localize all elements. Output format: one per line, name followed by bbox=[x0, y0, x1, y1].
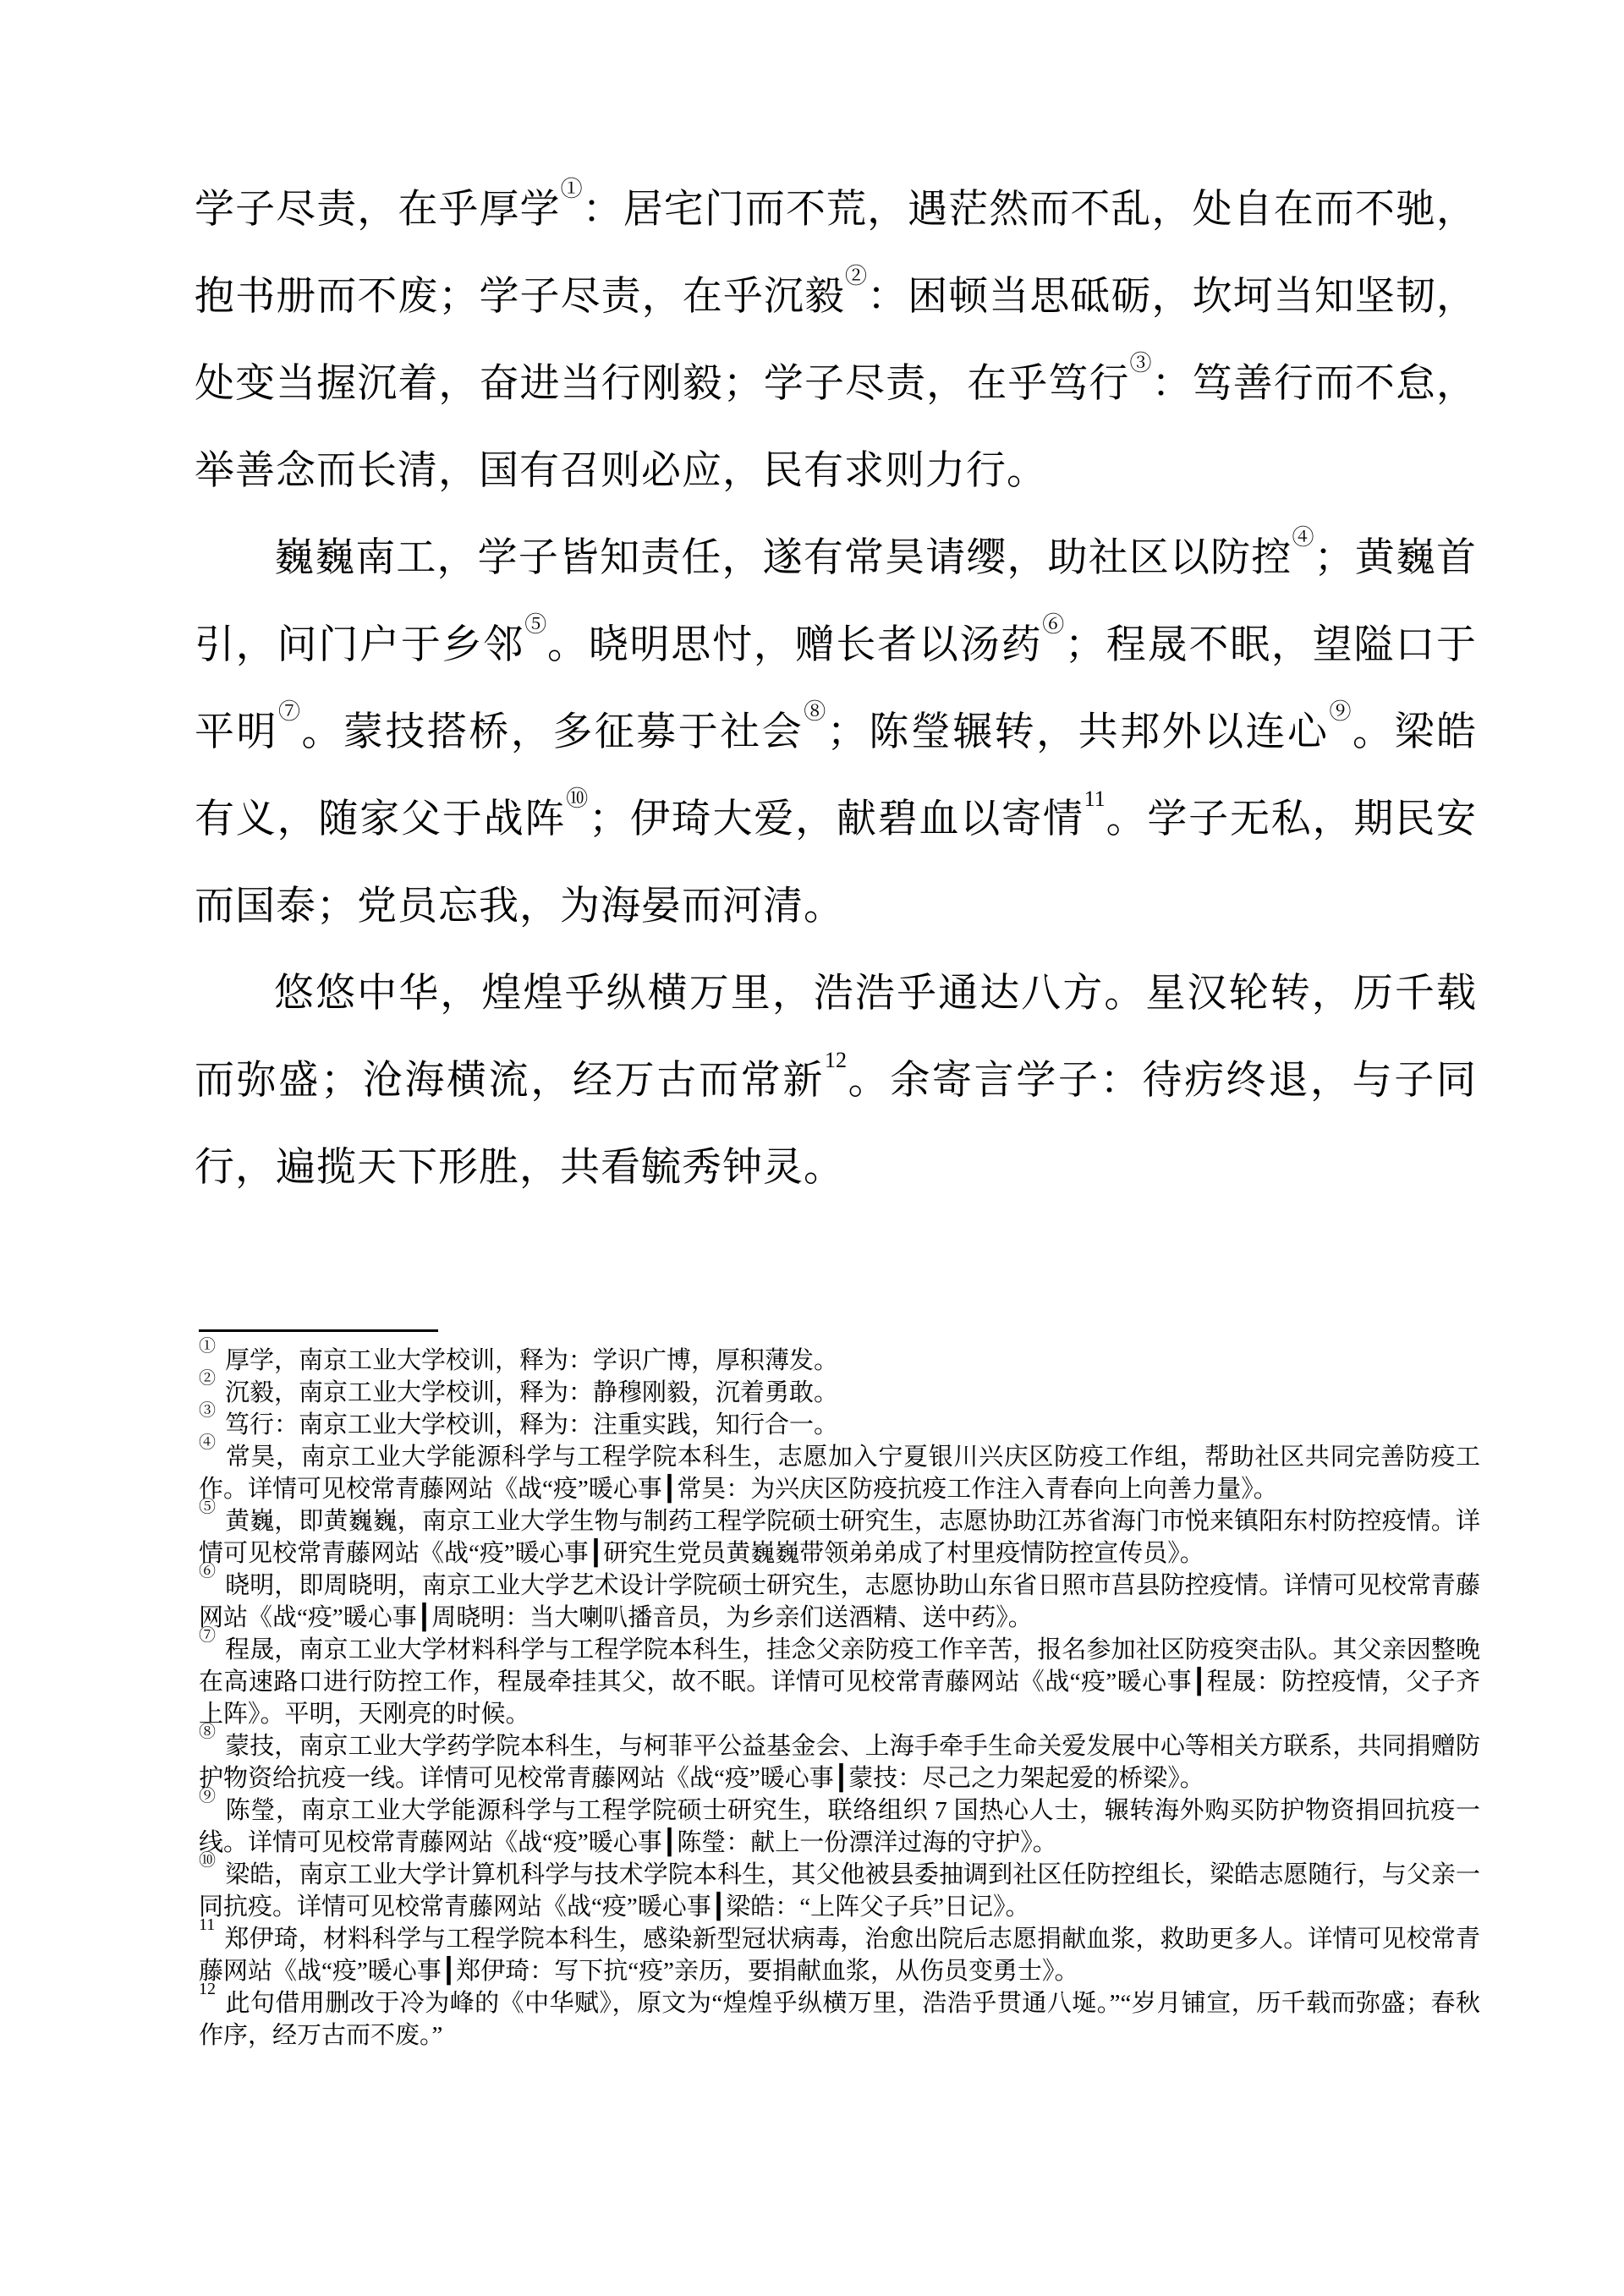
body-paragraph: 学子尽责，在乎厚学①：居宅门而不荒，遇茫然而不乱，处自在而不驰，抱书册而不废；学… bbox=[195, 167, 1477, 515]
footnote-text: 沉毅，南京工业大学校训，释为：静穆刚毅，沉着勇敢。 bbox=[225, 1379, 838, 1406]
footnote-item: ①厚学，南京工业大学校训，释为：学识广博，厚积薄发。 bbox=[199, 1345, 1480, 1377]
footnote-text: 梁皓，南京工业大学计算机科学与技术学院本科生，其父他被县委抽调到社区任防控组长，… bbox=[199, 1861, 1480, 1921]
footnote-ref: ③ bbox=[1129, 351, 1151, 375]
footnote-marker: 12 bbox=[199, 1980, 216, 1998]
footnote-item: ⑨陈瑩，南京工业大学能源科学与工程学院硕士研究生，联络组织 7 国热心人士，辗转… bbox=[199, 1795, 1480, 1859]
footnote-item: ⑩梁皓，南京工业大学计算机科学与技术学院本科生，其父他被县委抽调到社区任防控组长… bbox=[199, 1859, 1480, 1923]
footnote-ref: ⑨ bbox=[1330, 699, 1352, 724]
footnote-item: ⑥晓明，即周晓明，南京工业大学艺术设计学院硕士研究生，志愿协助山东省日照市莒县防… bbox=[199, 1570, 1480, 1634]
footnote-item: ②沉毅，南京工业大学校训，释为：静穆刚毅，沉着勇敢。 bbox=[199, 1377, 1480, 1409]
footnote-text: 陈瑩，南京工业大学能源科学与工程学院硕士研究生，联络组织 7 国热心人士，辗转海… bbox=[199, 1797, 1480, 1856]
body-text-run: 。蒙技搭桥，多征募于社会 bbox=[301, 710, 804, 754]
body-text-run: ；陈瑩辗转，共邦外以连心 bbox=[827, 710, 1330, 754]
footnote-marker: ③ bbox=[199, 1401, 216, 1420]
footnote-ref: ⑩ bbox=[566, 786, 589, 811]
footnote-ref: ② bbox=[845, 264, 867, 288]
footnote-marker: ⑩ bbox=[199, 1851, 216, 1870]
body-text-run: 学子尽责，在乎厚学 bbox=[195, 188, 561, 232]
footnote-ref: ⑤ bbox=[524, 612, 547, 637]
footnote-ref: 11 bbox=[1084, 786, 1106, 811]
footnote-text: 程晟，南京工业大学材料科学与工程学院本科生，挂念父亲防疫工作辛苦，报名参加社区防… bbox=[199, 1636, 1480, 1728]
footnote-marker: ② bbox=[199, 1369, 216, 1388]
footnote-item: ③笃行：南京工业大学校训，释为：注重实践，知行合一。 bbox=[199, 1409, 1480, 1441]
footnote-item: 12此句借用删改于冷为峰的《中华赋》，原文为“煌煌乎纵横万里，浩浩乎贯通八埏。”… bbox=[199, 1987, 1480, 2052]
footnote-ref: ⑦ bbox=[278, 699, 301, 724]
footnote-text: 此句借用删改于冷为峰的《中华赋》，原文为“煌煌乎纵横万里，浩浩乎贯通八埏。”“岁… bbox=[199, 1990, 1480, 2049]
footnote-ref: ① bbox=[561, 177, 583, 201]
footnote-separator bbox=[199, 1329, 438, 1332]
footnote-marker: ⑥ bbox=[199, 1562, 216, 1581]
footnote-marker: ④ bbox=[199, 1433, 217, 1452]
footnote-ref: ④ bbox=[1292, 525, 1314, 550]
footnote-text: 郑伊琦，材料科学与工程学院本科生，感染新型冠状病毒，治愈出院后志愿捐献血浆，救助… bbox=[199, 1926, 1480, 1985]
footnote-text: 黄巍，即黄巍巍，南京工业大学生物与制药工程学院硕士研究生，志愿协助江苏省海门市悦… bbox=[199, 1508, 1480, 1567]
footnote-marker: ⑨ bbox=[199, 1787, 217, 1806]
footnote-marker: 11 bbox=[199, 1915, 215, 1934]
footnote-ref: 12 bbox=[825, 1048, 847, 1072]
footnote-ref: ⑧ bbox=[804, 699, 826, 724]
footnote-text: 笃行：南京工业大学校训，释为：注重实践，知行合一。 bbox=[225, 1411, 838, 1438]
footnote-text: 厚学，南京工业大学校训，释为：学识广博，厚积薄发。 bbox=[225, 1347, 838, 1374]
body-text-run: 。晓明思忖，赠长者以汤药 bbox=[547, 623, 1042, 667]
footnote-text: 蒙技，南京工业大学药学院本科生，与柯菲平公益基金会、上海手牵手生命关爱发展中心等… bbox=[199, 1733, 1480, 1792]
footnote-text: 常昊，南京工业大学能源科学与工程学院本科生，志愿加入宁夏银川兴庆区防疫工作组，帮… bbox=[199, 1444, 1480, 1503]
footnote-marker: ⑦ bbox=[199, 1626, 216, 1645]
footnote-text: 晓明，即周晓明，南京工业大学艺术设计学院硕士研究生，志愿协助山东省日照市莒县防控… bbox=[199, 1572, 1480, 1631]
footnote-item: ⑦程晟，南京工业大学材料科学与工程学院本科生，挂念父亲防疫工作辛苦，报名参加社区… bbox=[199, 1634, 1480, 1730]
footnotes: ①厚学，南京工业大学校训，释为：学识广博，厚积薄发。②沉毅，南京工业大学校训，释… bbox=[199, 1345, 1480, 2052]
body-text-run: 巍巍南工，学子皆知责任，遂有常昊请缨，助社区以防控 bbox=[274, 536, 1292, 580]
footnote-marker: ① bbox=[199, 1337, 216, 1356]
footnote-marker: ⑤ bbox=[199, 1498, 216, 1516]
footnote-marker: ⑧ bbox=[199, 1723, 216, 1741]
document-page: 学子尽责，在乎厚学①：居宅门而不荒，遇茫然而不乱，处自在而不驰，抱书册而不废；学… bbox=[0, 0, 1624, 2296]
body-paragraph: 悠悠中华，煌煌乎纵横万里，浩浩乎通达八方。星汉轮转，历千载而弥盛；沧海横流，经万… bbox=[195, 951, 1477, 1212]
footnote-item: 11郑伊琦，材料科学与工程学院本科生，感染新型冠状病毒，治愈出院后志愿捐献血浆，… bbox=[199, 1923, 1480, 1987]
footnote-item: ⑧蒙技，南京工业大学药学院本科生，与柯菲平公益基金会、上海手牵手生命关爱发展中心… bbox=[199, 1730, 1480, 1795]
body-text-run: ；伊琦大爱，献碧血以寄情 bbox=[589, 797, 1084, 841]
footnote-item: ④常昊，南京工业大学能源科学与工程学院本科生，志愿加入宁夏银川兴庆区防疫工作组，… bbox=[199, 1441, 1480, 1505]
footnote-item: ⑤黄巍，即黄巍巍，南京工业大学生物与制药工程学院硕士研究生，志愿协助江苏省海门市… bbox=[199, 1505, 1480, 1570]
footnote-ref: ⑥ bbox=[1042, 612, 1065, 637]
body-text: 学子尽责，在乎厚学①：居宅门而不荒，遇茫然而不乱，处自在而不驰，抱书册而不废；学… bbox=[195, 167, 1477, 1212]
body-paragraph: 巍巍南工，学子皆知责任，遂有常昊请缨，助社区以防控④；黄巍首引，问门户于乡邻⑤。… bbox=[195, 515, 1477, 951]
